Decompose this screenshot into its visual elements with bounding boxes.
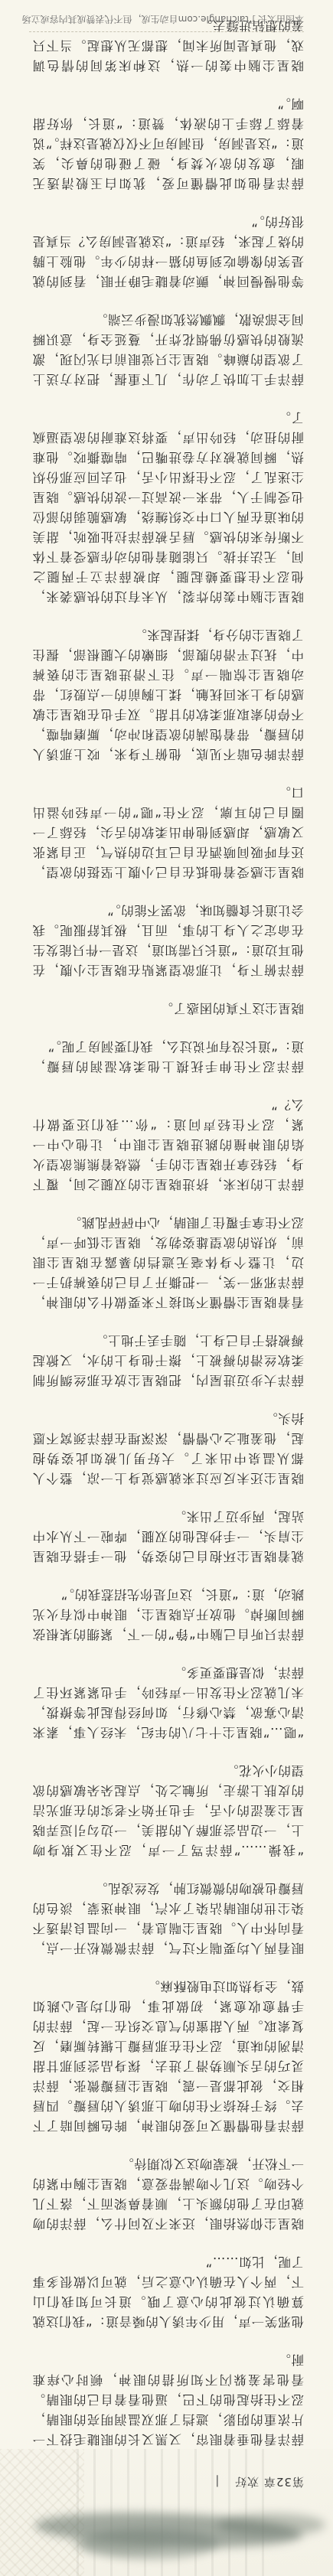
paragraph: 薛洋大步迈进屋内，把晓星尘放在那丝绸所制柔软丝滑的褥被上，擦干他身上的水，又掀起… <box>32 1330 304 1390</box>
paragraph: 就着晓星尘环抱自己的姿势，他一手搭在晓星尘肩头，一手抄起他的双腿，哗啦一下从水中… <box>32 1506 304 1566</box>
paragraph: 等他慢慢回神，颤动着睫毛睁开眼，看到的就是笑的像偷吃到鱼的猫一样的少年。他脸上腾… <box>32 211 304 291</box>
paragraph: 晓星尘还未反应过来就感觉身上一凉，整个人都从温泉中出来了。大好男儿被如此姿势抱起… <box>32 1408 304 1488</box>
paragraph: 薛洋看他懵懂又可爱的眼神，眸色瞬间暗了下去。终于按捺不住的吻上那诱人的唇瓣。四唇… <box>32 1976 304 2135</box>
paragraph: 薛洋上的床来，挤进晓星尘的双腿之间，覆下身，轻轻拿开晓星尘的手，燃烧着熊熊欲望火… <box>32 1094 304 1194</box>
paragraph: 薛洋看他如此懵懂可爱，犹如白玉般清透无暇，愈发的欲火焚身，碰了碰他的鼻尖，笑道：… <box>32 93 304 193</box>
generator-disclaimer: 本图由太长了taichangle.com自动生成，但不代表赞成其内容或立场 <box>22 13 304 26</box>
chapter-header: 第32章 欢好 | <box>214 2474 304 2490</box>
footer-divider <box>29 31 304 32</box>
chapter-title: 第32章 欢好 <box>234 2475 304 2489</box>
paragraph: 薛洋手上加快了动作，几下重握，把对方送上了欲望的巅峰。晓星尘只觉眼前白光闪现，激… <box>32 309 304 389</box>
paragraph: 薛洋只听自己脑中“铮”的一下，紧绷的某根弦瞬间断掉。他放开点晓星尘，眼神中似有火… <box>32 1584 304 1644</box>
paragraph: 晓星尘脑中轰的炸裂，从未有过的快感袭来，他忍不住想要蜷起腿，却被薛洋立于两腿之间… <box>32 407 304 606</box>
paragraph: 看着晓星尘懵懂不知接下来要做什么的眼神，薛洋邪邪一笑，一把撕开了自己的亵裤扔于一… <box>32 1212 304 1312</box>
page-footer: 本图由太长了taichangle.com自动生成，但不代表赞成其内容或立场 <box>0 0 333 46</box>
paragraph: 薛洋眸色暗不见底，他俯下身来，咬上那诱人的唇瓣，带着饱满的欲望和冲动，厮磨啃噬，… <box>32 624 304 764</box>
chapter-body: 薛洋看他垂着眼帘，又黑又长的眼睫毛投下一片浓重的阴影，遮挡了那双温润明亮的眼睛，… <box>32 0 304 2449</box>
ink-painting-banner: 第32章 欢好 | <box>0 2449 333 2576</box>
paragraph: “嗯…”晓星尘十七八的年纪，未经人事，素来清心寡欲，禁心修行，如何经得起此等撩拨… <box>32 1662 304 1742</box>
paragraph: 薛洋看他垂着眼帘，又黑又长的眼睫毛投下一片浓重的阴影，遮挡了那双温润明亮的眼睛，… <box>32 2349 304 2449</box>
chapter-separator: | <box>214 2475 219 2489</box>
paragraph: 他邪笑一声，用少年诱人的嗓音道：“我们这就算确认过彼此的心意了哦。道长可知我们山… <box>32 2252 304 2331</box>
paragraph: 眼看两人均要喘不过气，薛洋微微松开一点，看向怀中人。晓星尘喘息着，一向温良清透不… <box>32 1878 304 1958</box>
ink-wash-shape <box>73 2533 165 2553</box>
paragraph: 晓星尘这下真的困惑了。 <box>32 998 304 1018</box>
paragraph: 薛洋忍不住伸手抚摸上他柔软湿润的唇瓣，道：“道长没有听说过么，我们要洞房了呢。” <box>32 1036 304 1076</box>
paragraph: 晓星尘仰然抬眼，还来不及问什么，薛洋的吻就印在了他的额头上，顺着鼻梁而下，落下几… <box>32 2154 304 2233</box>
paragraph: 薛洋俯下身，让那欲望紧贴在晓星尘小腹，在他耳边道：“道长只需知道，这是一件只能发… <box>32 900 304 980</box>
fret-pattern-decoration <box>0 2449 84 2576</box>
paragraph: 晓星尘感受着他抵在自己小腹上坚挺的欲望，还有呼吸间喷洒在自己耳边的热气，正自紧张… <box>32 782 304 882</box>
rotated-page: 第32章 欢好 | 薛洋看他垂着眼帘，又黑又长的眼睫毛投下一片浓重的阴影，遮挡了… <box>0 0 333 2576</box>
paragraph: “我操……”薛洋骂了一声，忍不住又欺身吻上，一边品尝那醉人的甜美，一边勾引逗弄晓… <box>32 1760 304 1860</box>
